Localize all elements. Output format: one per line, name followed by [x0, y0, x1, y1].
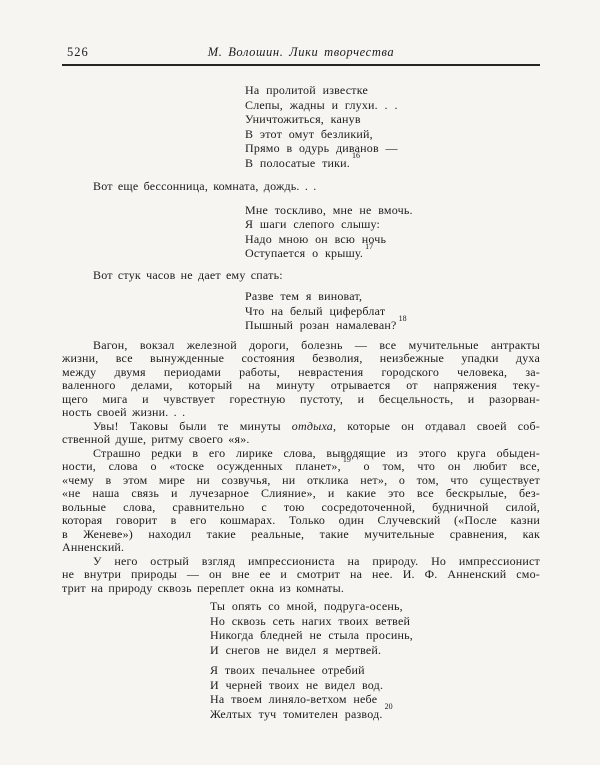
poem-stanza-3: Разве тем я виноват, Что на белый циферб…: [245, 289, 540, 333]
paragraph-line: Увы! Таковы были те минуты отдыха, котор…: [62, 420, 540, 434]
italic-word: отдыха: [292, 419, 333, 433]
paragraph-text: Увы! Таковы были те минуты: [93, 419, 292, 433]
poem-line: Пышный розан намалеван?18: [245, 318, 540, 333]
poem-line: Уничтожиться, канув: [245, 112, 540, 127]
poem-line: Ты опять со мной, подруга-осень,: [210, 599, 540, 614]
paragraph-line: ность своей жизни. . .: [62, 406, 540, 420]
poem-line: Слепы, жадны и глухи. . .: [245, 98, 540, 113]
paragraph-line: вольные слова, сравнительно с тою сосред…: [62, 501, 540, 515]
body-paragraph: Страшно редки в его лирике слова, выводя…: [62, 447, 540, 555]
poem-line-text: Пышный розан намалеван?: [245, 318, 397, 332]
paragraph-text: , которые он отдавал своей соб-: [333, 419, 540, 433]
poem-line: Оступается о крышу.17: [245, 246, 540, 261]
paragraph-line: трит на природу сквозь переплет окна из …: [62, 582, 540, 596]
paragraph-line: «чему в этом мире ни созвучья, ни отклик…: [62, 474, 540, 488]
poem-line-text: Оступается о крышу.: [245, 246, 363, 260]
paragraph-line: валенного делами, который на минуту отры…: [62, 379, 540, 393]
poem-stanza-1: На пролитой известке Слепы, жадны и глух…: [245, 83, 540, 170]
footnote-ref: 16: [352, 151, 360, 160]
paragraph-line: щего мига и чувствует горестную пустоту,…: [62, 393, 540, 407]
poem-line: Я шаги слепого слышу:: [245, 217, 540, 232]
header-rule: [62, 64, 540, 66]
poem-line: В этот омут безликий,: [245, 127, 540, 142]
footnote-ref: 19: [343, 455, 351, 464]
paragraph-line: ственной душе, ритму своего «я».: [62, 433, 540, 447]
paragraph-line: которая говорит в его кошмарах. Только о…: [62, 514, 540, 528]
running-title: М. Волошин. Лики творчества: [62, 45, 540, 60]
poem-line: И снегов не видел я мертвей.: [210, 643, 540, 658]
poem-line: Но сквозь сеть нагих твоих ветвей: [210, 614, 540, 629]
paragraph-line: Страшно редки в его лирике слова, выводя…: [62, 447, 540, 461]
poem-stanza-5: Я твоих печальнее отребий И черней твоих…: [210, 663, 540, 721]
paragraph-text: о том, что он любит все,: [351, 459, 540, 473]
body-paragraph: У него острый взгляд импрессиониста на п…: [62, 555, 540, 596]
poem-line-text: Желтых туч томителен развод.: [210, 707, 383, 721]
paragraph-line: жизни, все вынужденные состояния безволи…: [62, 352, 540, 366]
poem-line: Я твоих печальнее отребий: [210, 663, 540, 678]
paragraph-line: ности, слова о «тоске осужденных планет»…: [62, 460, 540, 474]
paragraph-text: ности, слова о «тоске осужденных планет»…: [62, 459, 341, 473]
prose-lead-in: Вот еще бессонница, комната, дождь. . .: [62, 180, 540, 194]
page-header: 526 М. Волошин. Лики творчества: [62, 45, 540, 61]
poem-line: Разве тем я виноват,: [245, 289, 540, 304]
poem-line: Желтых туч томителен развод.20: [210, 707, 540, 722]
paragraph-line: Анненский.: [62, 541, 540, 555]
poem-line: Прямо в одурь диванов —: [245, 141, 540, 156]
poem-line: Никогда бледней не стыла просинь,: [210, 628, 540, 643]
poem-stanza-2: Мне тоскливо, мне не вмочь. Я шаги слепо…: [245, 203, 540, 261]
body-paragraph: Вагон, вокзал железной дороги, болезнь —…: [62, 339, 540, 420]
body-paragraph: Увы! Таковы были те минуты отдыха, котор…: [62, 420, 540, 447]
poem-line: И черней твоих не видел вод.: [210, 678, 540, 693]
poem-line: Мне тоскливо, мне не вмочь.: [245, 203, 540, 218]
paragraph-line: не внутри природы — он вне ее и смотрит …: [62, 568, 540, 582]
paragraph-line: «не наша связь и лучезарное Слияние», и …: [62, 487, 540, 501]
footnote-ref: 20: [385, 702, 393, 711]
poem-line: В полосатые тики.16: [245, 156, 540, 171]
paragraph-line: У него острый взгляд импрессиониста на п…: [62, 555, 540, 569]
poem-line: На пролитой известке: [245, 83, 540, 98]
poem-line: Что на белый циферблат: [245, 304, 540, 319]
poem-line-text: В полосатые тики.: [245, 156, 350, 170]
paragraph-line: между двумя периодами работы, неврастени…: [62, 366, 540, 380]
paragraph-line: в Женеве») находил такие реальные, такие…: [62, 528, 540, 542]
paragraph-line: Вагон, вокзал железной дороги, болезнь —…: [62, 339, 540, 353]
poem-stanza-4: Ты опять со мной, подруга-осень, Но скво…: [210, 599, 540, 657]
prose-lead-in: Вот стук часов не дает ему спать:: [62, 269, 540, 283]
poem-line: На твоем линяло-ветхом небе: [210, 692, 540, 707]
poem-line: Надо мною он всю ночь: [245, 232, 540, 247]
book-page: 526 М. Волошин. Лики творчества На проли…: [0, 0, 600, 765]
footnote-ref: 17: [365, 242, 373, 251]
footnote-ref: 18: [399, 314, 407, 323]
